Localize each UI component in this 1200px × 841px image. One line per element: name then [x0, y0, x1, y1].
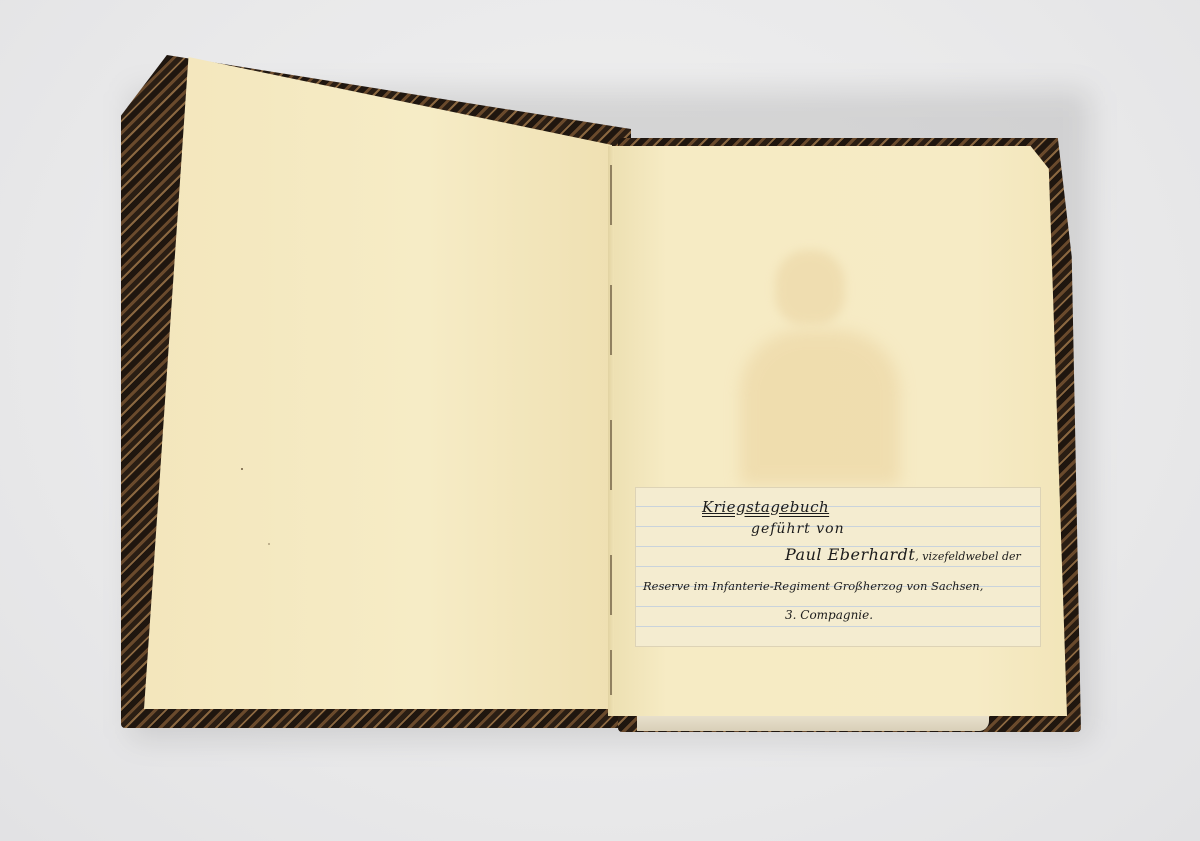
label-unit: Reserve im Infanterie-Regiment Großherzo…	[643, 579, 983, 593]
binding-stitch	[610, 650, 612, 695]
binding-stitch	[610, 285, 612, 355]
label-company: 3. Compagnie.	[785, 608, 873, 622]
photo-scene: Kriegstagebuch geführt von Paul Eberhard…	[0, 0, 1200, 841]
paper-speck	[241, 468, 243, 470]
label-subtitle: geführt von	[751, 521, 845, 537]
label-author-rank: , vizefeldwebel der	[915, 550, 1020, 563]
page-block-edge	[637, 716, 989, 731]
label-title: Kriegstagebuch	[702, 498, 829, 516]
binding-stitch	[610, 420, 612, 490]
ghost-head	[775, 250, 845, 325]
title-label: Kriegstagebuch geführt von Paul Eberhard…	[635, 487, 1041, 647]
left-page	[144, 57, 612, 709]
binding-stitch	[610, 555, 612, 615]
ghost-body	[740, 330, 900, 485]
binding-stitch	[610, 165, 612, 225]
label-author-name: Paul Eberhardt	[785, 545, 915, 564]
paper-speck	[268, 543, 270, 545]
label-author-line: Paul Eberhardt, vizefeldwebel der	[785, 545, 1021, 564]
faded-portrait-ghost	[740, 250, 900, 485]
